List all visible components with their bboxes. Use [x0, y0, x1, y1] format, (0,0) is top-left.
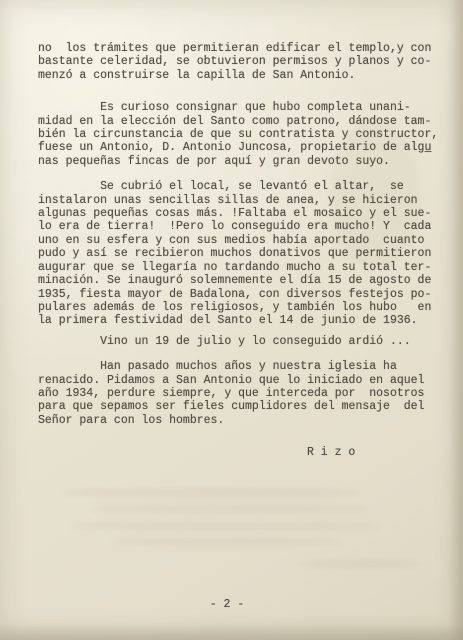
text-line: instalaron unas sencillas sillas de anea…: [38, 194, 449, 207]
text-line: para que sepamos ser fieles cumplidores …: [38, 400, 449, 413]
paragraph: no los trámites que permitieran edificar…: [38, 42, 449, 82]
paragraph: Se cubrió el local, se levantó el altar,…: [38, 180, 449, 327]
text-line: algunas pequeñas cosas más. !Faltaba el …: [38, 207, 449, 220]
ink-bleedthrough-artifact: [70, 522, 380, 531]
text-line: nas pequeñas fincas de por aquí y gran d…: [38, 155, 449, 168]
text-line: lo era de tierra! !Pero lo conseguido er…: [38, 220, 449, 233]
scanned-page: no los trámites que permitieran edificar…: [0, 0, 463, 640]
text-line: Vino un 19 de julio y lo conseguido ardi…: [38, 335, 449, 348]
text-line: Es curioso consignar que hubo completa u…: [38, 101, 449, 114]
text-line: la primera festividad del Santo el 14 de…: [38, 314, 449, 327]
text-line: pudo y así se recibieron muchos donativo…: [38, 247, 449, 260]
typewritten-text-body: no los trámites que permitieran edificar…: [38, 42, 449, 427]
text-line: minación. Se inauguró solemnemente el dí…: [38, 274, 449, 287]
text-line: uno en su esfera y con sus medios había …: [38, 234, 449, 247]
paragraph: Es curioso consignar que hubo completa u…: [38, 101, 449, 168]
text-line: no los trámites que permitieran edificar…: [38, 42, 449, 55]
author-signature: R i z o: [307, 446, 355, 459]
text-line: Han pasado muchos años y nuestra iglesia…: [38, 360, 449, 373]
text-line: augurar que se llegaría no tardando much…: [38, 261, 449, 274]
paragraph: Vino un 19 de julio y lo conseguido ardi…: [38, 335, 449, 348]
page-number: - 2 -: [0, 598, 454, 611]
ink-bleedthrough-artifact: [110, 538, 340, 546]
text-line: 1935, fiesta mayor de Badalona, con dive…: [38, 288, 449, 301]
paragraph: Han pasado muchos años y nuestra iglesia…: [38, 360, 449, 427]
text-line: Señor para con los hombres.: [38, 414, 449, 427]
text-line: renacido. Pidamos a San Antonio que lo i…: [38, 374, 449, 387]
ink-bleedthrough-artifact: [300, 560, 420, 568]
ink-bleedthrough-artifact: [90, 505, 370, 514]
ink-bleedthrough-artifact: [60, 488, 360, 498]
text-line: midad en la elección del Santo como patr…: [38, 115, 449, 128]
text-line: bastante celeridad, se obtuvieron permis…: [38, 55, 449, 68]
text-line: pulares además de los religiosos, y tamb…: [38, 301, 449, 314]
text-line: año 1934, perdure siempre, y que interce…: [38, 387, 449, 400]
text-line: Se cubrió el local, se levantó el altar,…: [38, 180, 449, 193]
text-line: menzó a construirse la capilla de San An…: [38, 69, 449, 82]
text-line: bién la circunstancia de que su contrati…: [38, 128, 449, 141]
page-edge-shadow-right: [449, 0, 463, 640]
page-edge-shadow-bottom: [0, 624, 463, 640]
text-line: fuese un Antonio, D. Antonio Juncosa, pr…: [38, 141, 449, 154]
